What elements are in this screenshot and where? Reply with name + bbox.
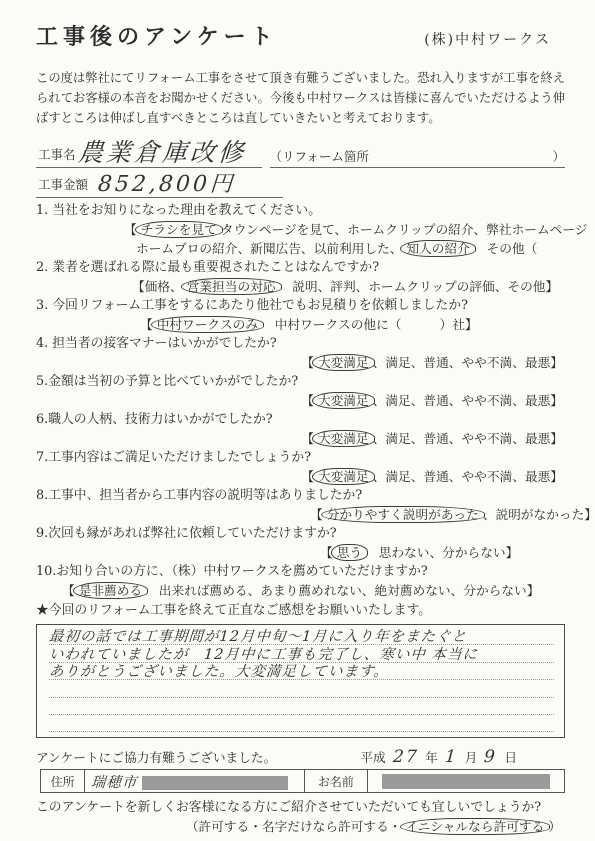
question-text: 5.金額は当初の予算と比べていかがでしたか? xyxy=(36,372,565,391)
question-block-1: 1. 当社をお知りになった理由を教えてください。 【チラシを見てタウンページを見… xyxy=(36,201,565,258)
reform-location-field: （リフォーム箇所 ） xyxy=(270,147,565,168)
question-block-6: 6.職人の人柄、技術力はいかがでしたか? 【大変満足、満足、普通、やや不満、最悪… xyxy=(36,410,565,448)
project-name-label: 工事名 xyxy=(38,145,76,166)
reform-location-label: （リフォーム箇所 xyxy=(270,147,369,165)
date-month-value: 1 xyxy=(444,747,458,767)
question-text: 10.お知り合いの方に、（株）中村ワークスを薦めていただけますか? xyxy=(36,562,565,581)
thanks-date-row: アンケートにご協力有難うございました。 平成 27 年 1 月 9 日 xyxy=(36,747,565,767)
comment-line-empty xyxy=(49,715,554,732)
privacy-question: このアンケートを新しくお客様になる方にご紹介させていただいても宜しいでしょうか? xyxy=(36,798,565,817)
date-era-label: 平成 xyxy=(360,747,385,766)
project-amount-value: 852,800円 xyxy=(97,173,236,196)
comment-line: ありがとうございました。大変満足しています。 xyxy=(49,663,554,680)
circled-option: 大変満足 xyxy=(312,392,375,409)
survey-page: 工事後のアンケート (株)中村ワークス この度は弊社にてリフォーム工事をさせて頂… xyxy=(0,0,595,841)
question-block-8: 8.工事中、担当者から工事内容の説明等はありましたか? 【分かりやすく説明があっ… xyxy=(36,486,565,524)
circled-option: 思う xyxy=(331,544,368,561)
options-text: 説明、評判、ホームクリップの評価、その他】 xyxy=(280,279,559,294)
options-text: タウンページを見て、ホームクリップの紹介、弊社ホームページ xyxy=(221,222,588,237)
circled-option: チラシを見て xyxy=(135,221,223,238)
options-text: 、満足、普通、やや不満、最悪】 xyxy=(373,355,563,370)
project-name-row: 工事名 農業倉庫改修 （リフォーム箇所 ） xyxy=(36,136,565,168)
options-text: 、満足、普通、やや不満、最悪】 xyxy=(373,431,563,446)
question-text: 8.工事中、担当者から工事内容の説明等はありましたか? xyxy=(36,486,565,505)
date-month-label: 月 xyxy=(465,747,478,766)
question-block-10: 10.お知り合いの方に、（株）中村ワークスを薦めていただけますか? 【是非薦める… xyxy=(36,562,565,600)
options-text: 思わない、分からない】 xyxy=(366,545,518,560)
question-options: 【大変満足、満足、普通、やや不満、最悪】 xyxy=(36,353,565,372)
address-redaction-box xyxy=(142,776,288,790)
options-text: 、満足、普通、やや不満、最悪】 xyxy=(373,469,563,484)
question-block-7: 7.工事内容はご満足いただけましたでしょうか? 【大変満足、満足、普通、やや不満… xyxy=(36,448,565,486)
company-name: (株)中村ワークス xyxy=(424,29,565,49)
options-text: （許可する・名字だけなら許可する・ xyxy=(186,819,402,834)
name-label-cell: お名前 xyxy=(304,770,367,793)
question-block-5: 5.金額は当初の予算と比べていかがでしたか? 【大変満足、満足、普通、やや不満、… xyxy=(36,372,565,410)
question-options: 【思う 思わない、分からない】 xyxy=(320,543,565,562)
question-options: 【是非薦める 出来れば薦める、あまり薦めれない、絶対薦めない、分からない】 xyxy=(62,581,565,600)
options-text: 中村ワークスの他に（ ）社】 xyxy=(262,317,478,332)
name-redaction-box xyxy=(382,774,550,789)
circled-option: 大変満足 xyxy=(312,468,375,485)
question-text: 7.工事内容はご満足いただけましたでしょうか? xyxy=(36,448,565,467)
comment-line-empty xyxy=(49,680,554,697)
name-value-cell xyxy=(368,770,565,793)
page-title: 工事後のアンケート xyxy=(36,20,278,51)
options-text: ホームプロの紹介、新聞広告、以前利用した、 xyxy=(136,241,402,256)
circled-option: 分かりやすく説明があった xyxy=(321,506,485,523)
question-options: 【価格、営業担当の対応 説明、評判、ホームクリップの評価、その他】 xyxy=(132,277,565,296)
intro-text: この度は弊社にてリフォーム工事をさせて頂き有難うございました。恐れ入りますが工事… xyxy=(36,68,565,128)
project-amount-label: 工事金額 xyxy=(38,175,88,196)
question-text: 2. 業者を選ばれる際に最も重要視されたことはなんですか? xyxy=(36,258,565,277)
question-text: 4. 担当者の接客マナーはいかがでしたか? xyxy=(36,334,565,353)
star-note: ★今回のリフォーム工事を終えて正直なご感想をお願いいたします。 xyxy=(36,601,565,621)
options-text: ） xyxy=(548,819,561,834)
comment-box: 最初の話では工事期間が12月中旬～1月に入り年をまたぐと いわれていましたが 1… xyxy=(36,624,565,738)
header: 工事後のアンケート (株)中村ワークス xyxy=(36,20,565,56)
circled-option: 是非薦める xyxy=(73,582,148,599)
question-text: 1. 当社をお知りになった理由を教えてください。 xyxy=(36,201,565,220)
reform-location-close-paren: ） xyxy=(552,147,565,165)
question-text: 9.次回も縁があれば弊社に依頼していただけますか? xyxy=(36,524,565,543)
circled-option: 営業担当の対応 xyxy=(181,278,282,295)
question-options: 【分かりやすく説明があった、説明がなかった】 xyxy=(310,505,565,524)
circled-option: 大変満足 xyxy=(312,430,375,447)
options-text: 出来れば薦める、あまり薦めれない、絶対薦めない、分からない】 xyxy=(146,583,539,598)
question-block-2: 2. 業者を選ばれる際に最も重要視されたことはなんですか? 【価格、営業担当の対… xyxy=(36,258,565,296)
address-city-value: 瑞穂市 xyxy=(90,771,138,792)
date-year-value: 27 xyxy=(392,747,419,767)
question-options: 【大変満足、満足、普通、やや不満、最悪】 xyxy=(36,429,565,448)
address-name-table: 住所 瑞穂市 お名前 xyxy=(40,769,565,793)
circled-option: 中村ワークスのみ xyxy=(151,316,264,333)
project-name-value: 農業倉庫改修 xyxy=(77,140,247,166)
date-year-label: 年 xyxy=(425,747,438,766)
question-options: 【大変満足、満足、普通、やや不満、最悪】 xyxy=(36,391,565,410)
address-label-cell: 住所 xyxy=(41,770,85,793)
options-text: 、説明がなかった】 xyxy=(483,507,595,522)
circled-option: 大変満足 xyxy=(312,354,375,371)
permission-options: （許可する・名字だけなら許可する・イニシャルなら許可する） xyxy=(36,817,565,837)
comment-handwriting: ありがとうございました。大変満足しています。 xyxy=(48,660,389,681)
question-block-4: 4. 担当者の接客マナーはいかがでしたか? 【大変満足、満足、普通、やや不満、最… xyxy=(36,334,565,372)
circled-option: 知人の紹介 xyxy=(400,240,475,257)
question-block-3: 3. 今回リフォーム工事をするにあたり他社でもお見積りを依頼しましたか? 【中村… xyxy=(36,296,565,334)
question-options: ホームプロの紹介、新聞広告、以前利用した、知人の紹介 その他（ ）】 xyxy=(136,239,565,258)
thanks-text: アンケートにご協力有難うございました。 xyxy=(36,747,276,766)
question-block-9: 9.次回も縁があれば弊社に依頼していただけますか? 【思う 思わない、分からない… xyxy=(36,524,565,562)
question-text: 6.職人の人柄、技術力はいかがでしたか? xyxy=(36,410,565,429)
question-options: 【チラシを見てタウンページを見て、ホームクリップの紹介、弊社ホームページ xyxy=(124,220,565,239)
question-options: 【大変満足、満足、普通、やや不満、最悪】 xyxy=(36,467,565,486)
options-text: その他（ ）】 xyxy=(474,241,595,256)
comment-line-empty xyxy=(49,698,554,715)
question-options: 【中村ワークスのみ 中村ワークスの他に（ ）社】 xyxy=(140,315,565,334)
date-day-label: 日 xyxy=(504,747,517,766)
date-day-value: 9 xyxy=(484,747,498,767)
options-text: 【価格、 xyxy=(132,279,183,294)
date-field: 平成 27 年 1 月 9 日 xyxy=(360,747,565,767)
question-text: 3. 今回リフォーム工事をするにあたり他社でもお見積りを依頼しましたか? xyxy=(36,296,565,315)
options-text: 、満足、普通、やや不満、最悪】 xyxy=(373,393,563,408)
project-amount-row: 工事金額 852,800円 xyxy=(36,173,565,201)
address-value-cell: 瑞穂市 xyxy=(85,770,305,793)
circled-option: イニシャルなら許可する xyxy=(400,818,551,835)
